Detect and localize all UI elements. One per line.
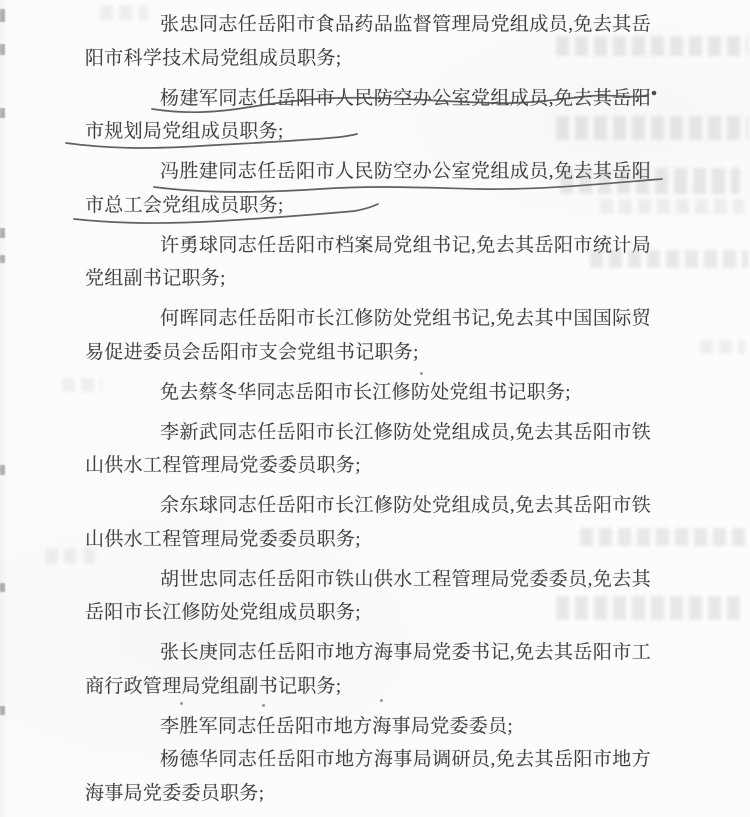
bleedthrough-ghost-text	[600, 199, 745, 214]
bleedthrough-ghost-text	[590, 250, 748, 268]
bleedthrough-ghost-text	[556, 596, 746, 620]
paragraph: 免去蔡冬华同志岳阳市长江修防处党组书记职务;	[85, 376, 651, 410]
paragraph: 李新武同志任岳阳市长江修防处党组成员,免去其岳阳市铁山供水工程管理局党委委员职务…	[85, 416, 651, 483]
scan-edge-artifact	[0, 255, 5, 263]
paragraph: 张长庚同志任岳阳市地方海事局党委书记,免去其岳阳市工商行政管理局党组副书记职务;	[85, 636, 651, 703]
scan-edge-artifact	[0, 465, 5, 475]
ink-dot	[652, 91, 657, 96]
bleedthrough-ghost-text	[100, 5, 148, 21]
scan-edge-artifact	[0, 228, 5, 238]
ink-speck	[380, 699, 383, 702]
paragraph: 李胜军同志任岳阳市地方海事局党委委员;	[85, 710, 651, 744]
bleedthrough-ghost-text	[62, 378, 102, 392]
scan-edge-artifact	[0, 44, 5, 55]
paragraph: 何晖同志任岳阳市长江修防处党组书记,免去其中国国际贸易促进委员会岳阳市支会党组书…	[85, 302, 651, 369]
scan-edge-artifact	[0, 9, 5, 22]
scan-edge-artifact	[0, 108, 5, 118]
bleedthrough-ghost-text	[700, 340, 745, 354]
bleedthrough-ghost-text	[556, 116, 748, 140]
bleedthrough-ghost-text	[556, 36, 748, 56]
bleedthrough-ghost-text	[580, 528, 745, 546]
paragraph: 杨德华同志任岳阳市地方海事局调研员,免去其岳阳市地方海事局党委委员职务;	[85, 743, 651, 810]
bleedthrough-ghost-text	[560, 168, 740, 194]
ink-speck	[420, 372, 423, 375]
scan-edge-artifact	[0, 706, 5, 715]
bleedthrough-ghost-text	[45, 548, 95, 564]
scanned-document-page: 张忠同志任岳阳市食品药品监督管理局党组成员,免去其岳阳市科学技术局党组成员职务;…	[0, 0, 750, 817]
ink-speck	[262, 704, 265, 707]
paragraph: 余东球同志任岳阳市长江修防处党组成员,免去其岳阳市铁山供水工程管理局党委委员职务…	[85, 489, 651, 556]
paragraph: 许勇球同志任岳阳市档案局党组书记,免去其岳阳市统计局党组副书记职务;	[85, 229, 651, 296]
scan-edge-artifact	[0, 583, 5, 592]
ink-speck	[180, 702, 183, 705]
